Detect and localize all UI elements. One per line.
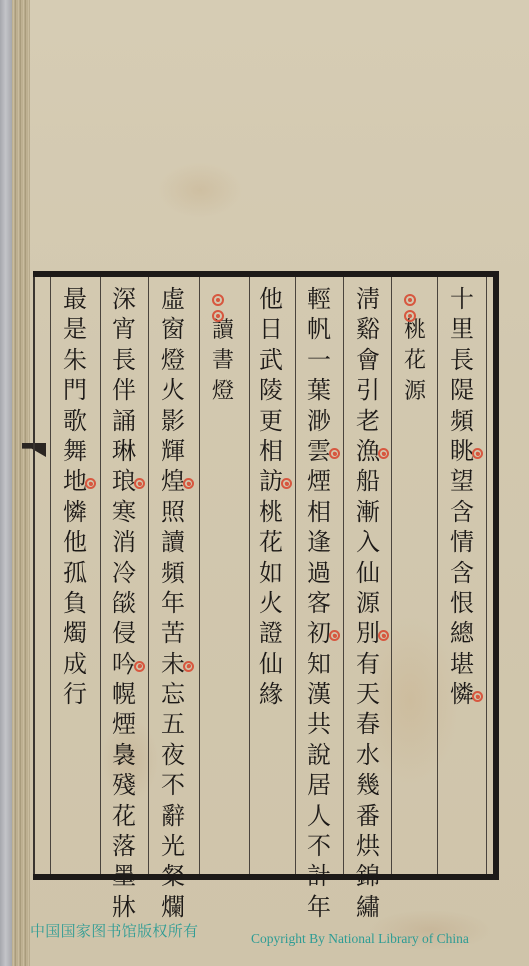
verse-column-5: 他日武陵更相訪桃花如火證仙緣 bbox=[258, 284, 284, 709]
glyph: 堪 bbox=[449, 649, 475, 679]
glyph: 望 bbox=[449, 466, 475, 496]
glyph: 爛 bbox=[160, 892, 186, 922]
glyph: 會 bbox=[355, 345, 381, 375]
heading-circle-mark bbox=[404, 310, 416, 322]
glyph: 陵 bbox=[258, 375, 284, 405]
column-rule bbox=[343, 277, 344, 874]
glyph: 天 bbox=[355, 679, 381, 709]
glyph: 共 bbox=[306, 709, 332, 739]
glyph: 如 bbox=[258, 558, 284, 588]
glyph: 書 bbox=[210, 346, 236, 376]
punctuation-circle-mark bbox=[134, 661, 145, 672]
glyph: 牀 bbox=[111, 892, 137, 922]
glyph: 總 bbox=[449, 618, 475, 648]
glyph: 不 bbox=[306, 831, 332, 861]
glyph: 居 bbox=[306, 770, 332, 800]
glyph: 墨 bbox=[111, 861, 137, 891]
heading-circle-mark bbox=[212, 310, 224, 322]
glyph: 消 bbox=[111, 527, 137, 557]
glyph: 成 bbox=[62, 649, 88, 679]
heading-column-dushudeng: 讀書燈 bbox=[210, 316, 236, 407]
glyph: 計 bbox=[306, 861, 332, 891]
glyph: 憐 bbox=[62, 497, 88, 527]
glyph: 繡 bbox=[355, 892, 381, 922]
glyph: 人 bbox=[306, 801, 332, 831]
glyph: 緣 bbox=[258, 679, 284, 709]
watermark-english: Copyright By National Library of China bbox=[251, 931, 469, 947]
glyph: 冷 bbox=[111, 558, 137, 588]
glyph: 他 bbox=[62, 527, 88, 557]
glyph: 證 bbox=[258, 618, 284, 648]
glyph: 番 bbox=[355, 801, 381, 831]
glyph: 吟 bbox=[111, 649, 137, 679]
glyph: 葉 bbox=[306, 375, 332, 405]
glyph: 煙 bbox=[111, 709, 137, 739]
glyph: 源 bbox=[355, 588, 381, 618]
glyph: 逢 bbox=[306, 527, 332, 557]
glyph: 漸 bbox=[355, 497, 381, 527]
column-rule bbox=[295, 277, 296, 874]
glyph: 讀 bbox=[160, 527, 186, 557]
glyph: 漁 bbox=[355, 436, 381, 466]
glyph: 最 bbox=[62, 284, 88, 314]
glyph: 幌 bbox=[111, 679, 137, 709]
glyph: 未 bbox=[160, 649, 186, 679]
glyph: 桃 bbox=[258, 497, 284, 527]
glyph: 客 bbox=[306, 588, 332, 618]
glyph: 過 bbox=[306, 558, 332, 588]
glyph: 影 bbox=[160, 406, 186, 436]
glyph: 入 bbox=[355, 527, 381, 557]
glyph: 船 bbox=[355, 466, 381, 496]
glyph: 花 bbox=[111, 801, 137, 831]
glyph: 花 bbox=[258, 527, 284, 557]
glyph: 武 bbox=[258, 345, 284, 375]
glyph: 憐 bbox=[449, 679, 475, 709]
glyph: 忘 bbox=[160, 679, 186, 709]
glyph: 虛 bbox=[160, 284, 186, 314]
glyph: 眺 bbox=[449, 436, 475, 466]
glyph: 輝 bbox=[160, 436, 186, 466]
glyph: 燈 bbox=[160, 345, 186, 375]
verse-column-9: 最是朱門歌舞地憐他孤負燭成行 bbox=[62, 284, 88, 709]
glyph: 老 bbox=[355, 406, 381, 436]
glyph: 殘 bbox=[111, 770, 137, 800]
glyph: 有 bbox=[355, 649, 381, 679]
column-rule bbox=[50, 277, 51, 874]
glyph: 落 bbox=[111, 831, 137, 861]
glyph: 行 bbox=[62, 679, 88, 709]
glyph: 深 bbox=[111, 284, 137, 314]
frame-left-rule bbox=[33, 277, 35, 874]
punctuation-circle-mark bbox=[183, 661, 194, 672]
glyph: 春 bbox=[355, 709, 381, 739]
glyph: 輕 bbox=[306, 284, 332, 314]
glyph: 負 bbox=[62, 588, 88, 618]
column-rule bbox=[486, 277, 487, 874]
glyph: 苦 bbox=[160, 618, 186, 648]
glyph: 錦 bbox=[355, 861, 381, 891]
column-rule bbox=[148, 277, 149, 874]
glyph: 烘 bbox=[355, 831, 381, 861]
glyph: 漢 bbox=[306, 679, 332, 709]
column-rule bbox=[437, 277, 438, 874]
glyph: 燭 bbox=[62, 618, 88, 648]
glyph: 引 bbox=[355, 375, 381, 405]
glyph: 是 bbox=[62, 314, 88, 344]
glyph: 相 bbox=[258, 436, 284, 466]
glyph: 淸 bbox=[355, 284, 381, 314]
glyph: 幾 bbox=[355, 770, 381, 800]
verse-column-4: 輕帆一葉渺雲煙相逢過客初知漢共說居人不計年 bbox=[306, 284, 332, 922]
glyph: 情 bbox=[449, 527, 475, 557]
column-rule bbox=[199, 277, 200, 874]
glyph: 粲 bbox=[160, 861, 186, 891]
glyph: 初 bbox=[306, 618, 332, 648]
heading-circle-mark bbox=[404, 294, 416, 306]
glyph: 十 bbox=[449, 284, 475, 314]
glyph: 說 bbox=[306, 740, 332, 770]
punctuation-circle-mark bbox=[378, 448, 389, 459]
glyph: 知 bbox=[306, 649, 332, 679]
glyph: 源 bbox=[402, 377, 428, 407]
glyph: 別 bbox=[355, 618, 381, 648]
glyph: 舞 bbox=[62, 436, 88, 466]
watermark-chinese: 中国国家图书馆版权所有 bbox=[30, 920, 198, 941]
glyph: 里 bbox=[449, 314, 475, 344]
glyph: 帆 bbox=[306, 314, 332, 344]
glyph: 花 bbox=[402, 346, 428, 376]
glyph: 朱 bbox=[62, 345, 88, 375]
glyph: 年 bbox=[306, 892, 332, 922]
heading-column-taohuayuan: 桃花源 bbox=[402, 316, 428, 407]
punctuation-circle-mark bbox=[329, 448, 340, 459]
glyph: 日 bbox=[258, 314, 284, 344]
glyph: 仙 bbox=[355, 558, 381, 588]
verse-column-8: 深宵長伴誦琳琅寒消冷燄侵吟幌煙裊殘花落墨牀 bbox=[111, 284, 137, 922]
punctuation-circle-mark bbox=[472, 448, 483, 459]
glyph: 含 bbox=[449, 497, 475, 527]
verse-column-1: 十里長隄頻眺望含情含恨總堪憐 bbox=[449, 284, 475, 709]
glyph: 歌 bbox=[62, 406, 88, 436]
glyph: 谿 bbox=[355, 314, 381, 344]
column-rule bbox=[391, 277, 392, 874]
glyph: 光 bbox=[160, 831, 186, 861]
glyph: 隄 bbox=[449, 375, 475, 405]
glyph: 宵 bbox=[111, 314, 137, 344]
glyph: 火 bbox=[258, 588, 284, 618]
glyph: 含 bbox=[449, 558, 475, 588]
heading-circle-mark bbox=[212, 294, 224, 306]
glyph: 孤 bbox=[62, 558, 88, 588]
glyph: 頻 bbox=[449, 406, 475, 436]
glyph: 燈 bbox=[210, 377, 236, 407]
glyph: 雲 bbox=[306, 436, 332, 466]
glyph: 恨 bbox=[449, 588, 475, 618]
glyph: 辭 bbox=[160, 801, 186, 831]
verse-column-3: 淸谿會引老漁船漸入仙源別有天春水幾番烘錦繡 bbox=[355, 284, 381, 922]
glyph: 燄 bbox=[111, 588, 137, 618]
glyph: 窗 bbox=[160, 314, 186, 344]
glyph: 照 bbox=[160, 497, 186, 527]
glyph: 裊 bbox=[111, 740, 137, 770]
column-rule bbox=[100, 277, 101, 874]
glyph: 長 bbox=[111, 345, 137, 375]
glyph: 他 bbox=[258, 284, 284, 314]
glyph: 門 bbox=[62, 375, 88, 405]
glyph: 頻 bbox=[160, 558, 186, 588]
glyph: 不 bbox=[160, 770, 186, 800]
glyph: 琳 bbox=[111, 436, 137, 466]
glyph: 長 bbox=[449, 345, 475, 375]
glyph: 五 bbox=[160, 709, 186, 739]
glyph: 誦 bbox=[111, 406, 137, 436]
glyph: 伴 bbox=[111, 375, 137, 405]
glyph: 年 bbox=[160, 588, 186, 618]
column-rule bbox=[249, 277, 250, 874]
glyph: 渺 bbox=[306, 406, 332, 436]
glyph: 寒 bbox=[111, 497, 137, 527]
glyph: 水 bbox=[355, 740, 381, 770]
glyph: 相 bbox=[306, 497, 332, 527]
glyph: 一 bbox=[306, 345, 332, 375]
glyph: 侵 bbox=[111, 618, 137, 648]
glyph: 仙 bbox=[258, 649, 284, 679]
glyph: 夜 bbox=[160, 740, 186, 770]
glyph: 煙 bbox=[306, 466, 332, 496]
glyph: 火 bbox=[160, 375, 186, 405]
verse-column-7: 虛窗燈火影輝煌照讀頻年苦未忘五夜不辭光粲爛 bbox=[160, 284, 186, 922]
glyph: 更 bbox=[258, 406, 284, 436]
